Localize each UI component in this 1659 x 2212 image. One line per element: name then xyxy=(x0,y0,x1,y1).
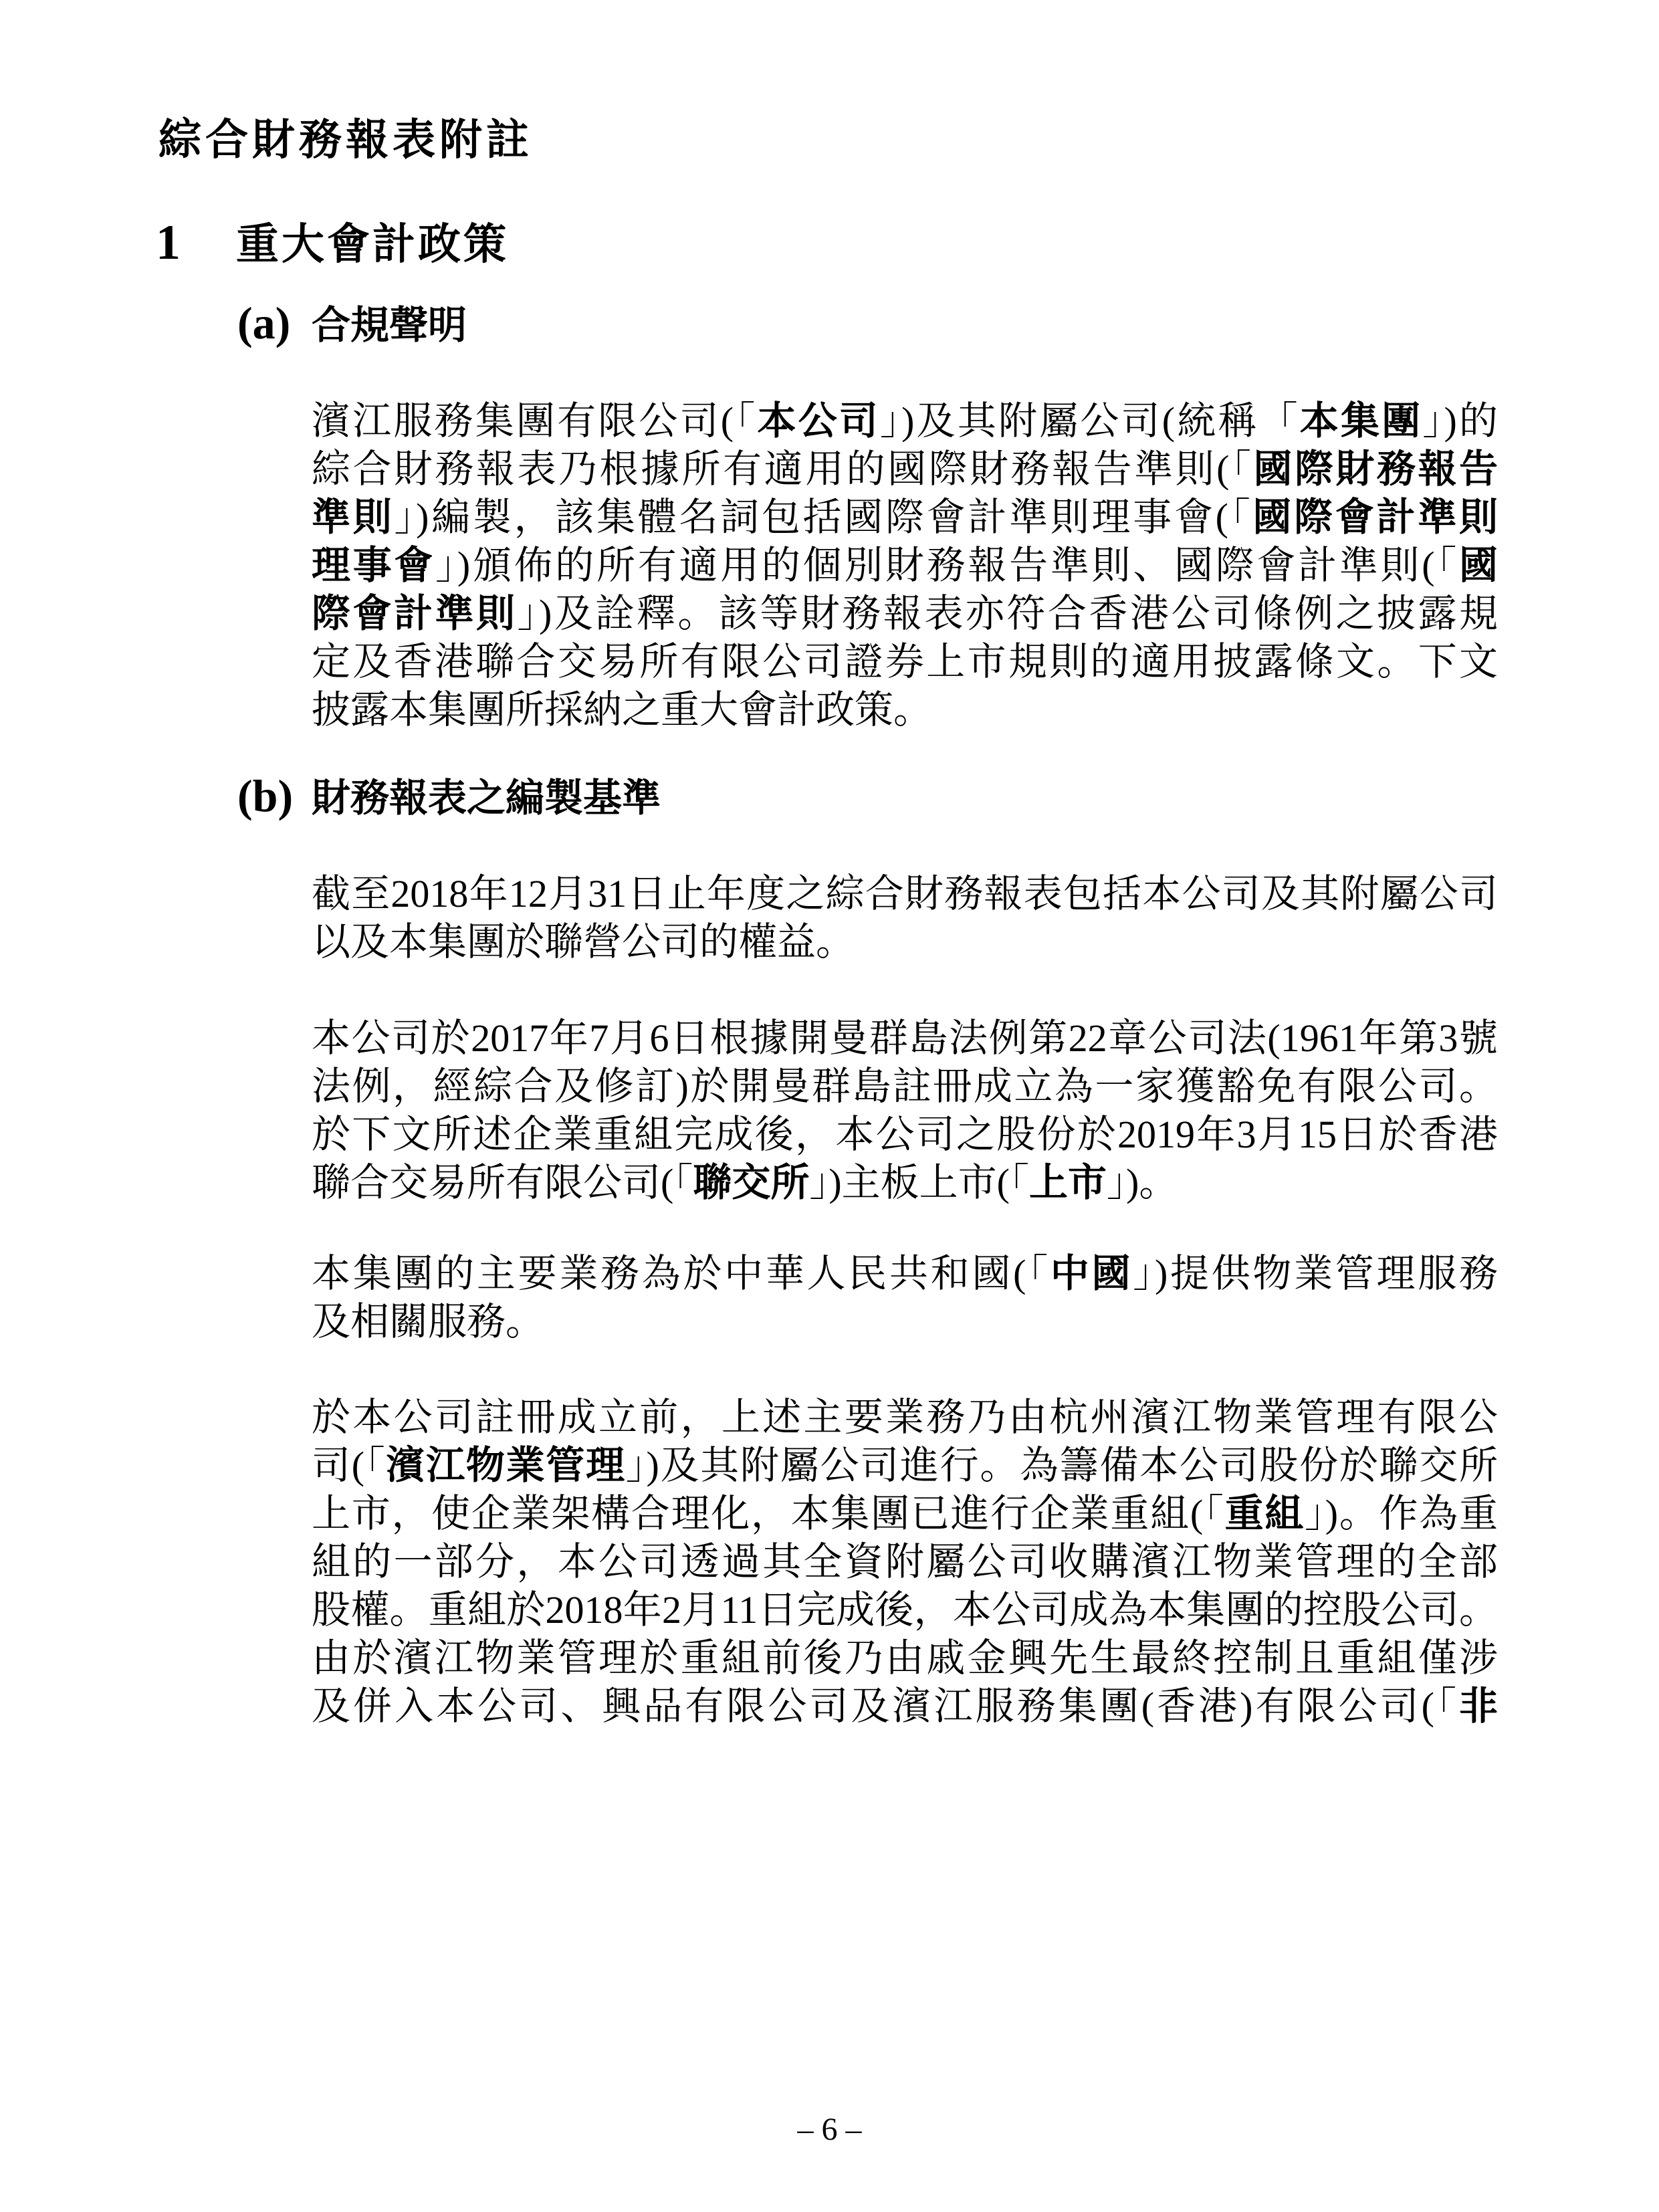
bold-defined-term: 中國 xyxy=(1050,1252,1133,1295)
document-page: 綜合財務報表附註 1重大會計政策 (a)合規聲明 濱江服務集團有限公司(「本公司… xyxy=(0,0,1659,2212)
text-segment: 濱江服務集團有限公司(「 xyxy=(312,399,757,443)
text-line: 上市，使企業架構合理化，本集團已進行企業重組(「重組」)。作為重 xyxy=(312,1490,1498,1538)
subsection-label-b: (b) xyxy=(237,770,312,821)
text-line: 組的一部分，本公司透過其全資附屬公司收購濱江物業管理的全部 xyxy=(312,1538,1498,1586)
text-line: 於下文所述企業重組完成後，本公司之股份於2019年3月15日於香港 xyxy=(312,1111,1498,1159)
text-line: 司(「濱江物業管理」)及其附屬公司進行。為籌備本公司股份於聯交所 xyxy=(312,1442,1498,1490)
bold-defined-term: 國際財務報告 xyxy=(1253,447,1498,491)
subsection-heading-b: (b)財務報表之編製基準 xyxy=(237,770,661,834)
text-line: 本集團的主要業務為於中華人民共和國(「中國」)提供物業管理服務 xyxy=(312,1250,1498,1298)
bold-defined-term: 上市 xyxy=(1029,1161,1107,1204)
text-line: 際會計準則」)及詮釋。該等財務報表亦符合香港公司條例之披露規 xyxy=(312,590,1498,638)
text-segment: 由於濱江物業管理於重組前後乃由戚金興先生最終控制且重組僅涉 xyxy=(312,1636,1498,1680)
text-segment: 聯合交易所有限公司(「 xyxy=(312,1161,693,1204)
text-segment: 」)提供物業管理服務 xyxy=(1133,1252,1498,1295)
text-segment: 」)。 xyxy=(1107,1161,1178,1204)
text-line: 本公司於2017年7月6日根據開曼群島法例第22章公司法(1961年第3號 xyxy=(312,1014,1498,1063)
text-line: 法例，經綜合及修訂)於開曼群島註冊成立為一家獲豁免有限公司。 xyxy=(312,1063,1498,1111)
subsection-title-a: 合規聲明 xyxy=(312,304,467,347)
text-line: 由於濱江物業管理於重組前後乃由戚金興先生最終控制且重組僅涉 xyxy=(312,1634,1498,1682)
text-line: 截至2018年12月31日止年度之綜合財務報表包括本公司及其附屬公司 xyxy=(312,870,1498,918)
text-segment: 上市，使企業架構合理化，本集團已進行企業重組(「 xyxy=(312,1492,1225,1535)
text-segment: 及相關服務。 xyxy=(312,1300,544,1343)
bold-defined-term: 理事會 xyxy=(312,544,435,587)
text-segment: 本公司於2017年7月6日根據開曼群島法例第22章公司法(1961年第3號 xyxy=(312,1016,1498,1060)
bold-defined-term: 本公司 xyxy=(757,399,880,443)
text-segment: 」)。作為重 xyxy=(1305,1492,1498,1535)
subsection-heading-a: (a)合規聲明 xyxy=(237,298,467,361)
text-segment: 」)的 xyxy=(1422,399,1498,443)
text-line: 於本公司註冊成立前，上述主要業務乃由杭州濱江物業管理有限公 xyxy=(312,1394,1498,1442)
section-number: 1 xyxy=(156,216,236,269)
bold-defined-term: 國際會計準則 xyxy=(1252,495,1498,539)
paragraph-compliance-statement: 濱江服務集團有限公司(「本公司」)及其附屬公司(統稱「本集團」)的綜合財務報表乃… xyxy=(312,397,1498,734)
text-segment: 及併入本公司、興品有限公司及濱江服務集團(香港)有限公司(「 xyxy=(312,1684,1459,1728)
text-segment: 法例，經綜合及修訂)於開曼群島註冊成立為一家獲豁免有限公司。 xyxy=(312,1065,1498,1108)
bold-defined-term: 國 xyxy=(1459,544,1498,587)
text-segment: 」)頒佈的所有適用的個別財務報告準則、國際會計準則(「 xyxy=(435,544,1459,587)
paragraph-basis-of-preparation-3: 本集團的主要業務為於中華人民共和國(「中國」)提供物業管理服務及相關服務。 xyxy=(312,1250,1498,1346)
text-segment: 」)及其附屬公司(統稱「 xyxy=(880,399,1300,443)
text-segment: 」)及詮釋。該等財務報表亦符合香港公司條例之披露規 xyxy=(518,592,1498,635)
text-segment: 定及香港聯合交易所有限公司證券上市規則的適用披露條文。下文 xyxy=(312,640,1498,683)
text-segment: 司(「 xyxy=(312,1444,386,1487)
text-segment: 於本公司註冊成立前，上述主要業務乃由杭州濱江物業管理有限公 xyxy=(312,1396,1498,1439)
text-line: 定及香港聯合交易所有限公司證券上市規則的適用披露條文。下文 xyxy=(312,638,1498,686)
text-line: 聯合交易所有限公司(「聯交所」)主板上市(「上市」)。 xyxy=(312,1159,1498,1207)
text-segment: 組的一部分，本公司透過其全資附屬公司收購濱江物業管理的全部 xyxy=(312,1540,1498,1583)
subsection-title-b: 財務報表之編製基準 xyxy=(312,776,661,820)
text-segment: 」)編製，該集體名詞包括國際會計準則理事會(「 xyxy=(394,495,1252,539)
bold-defined-term: 本集團 xyxy=(1300,399,1423,443)
text-line: 準則」)編製，該集體名詞包括國際會計準則理事會(「國際會計準則 xyxy=(312,493,1498,542)
bold-defined-term: 際會計準則 xyxy=(312,592,518,635)
bold-defined-term: 濱江物業管理 xyxy=(386,1444,625,1487)
text-segment: 綜合財務報表乃根據所有適用的國際財務報告準則(「 xyxy=(312,447,1253,491)
text-segment: 截至2018年12月31日止年度之綜合財務報表包括本公司及其附屬公司 xyxy=(312,872,1498,915)
bold-defined-term: 聯交所 xyxy=(693,1161,809,1204)
paragraph-basis-of-preparation-2: 本公司於2017年7月6日根據開曼群島法例第22章公司法(1961年第3號法例，… xyxy=(312,1014,1498,1207)
text-line: 及相關服務。 xyxy=(312,1298,1498,1346)
bold-defined-term: 非 xyxy=(1459,1684,1498,1728)
section-heading: 1重大會計政策 xyxy=(156,216,509,283)
text-line: 及併入本公司、興品有限公司及濱江服務集團(香港)有限公司(「非 xyxy=(312,1682,1498,1731)
text-segment: 披露本集團所採納之重大會計政策。 xyxy=(312,688,932,732)
text-segment: 於下文所述企業重組完成後，本公司之股份於2019年3月15日於香港 xyxy=(312,1113,1498,1156)
text-line: 以及本集團於聯營公司的權益。 xyxy=(312,918,1498,966)
subsection-label-a: (a) xyxy=(237,298,312,348)
text-line: 綜合財務報表乃根據所有適用的國際財務報告準則(「國際財務報告 xyxy=(312,445,1498,493)
paragraph-basis-of-preparation-1: 截至2018年12月31日止年度之綜合財務報表包括本公司及其附屬公司以及本集團於… xyxy=(312,870,1498,966)
page-title: 綜合財務報表附註 xyxy=(158,113,533,167)
page-number: – 6 – xyxy=(0,2110,1659,2150)
text-line: 披露本集團所採納之重大會計政策。 xyxy=(312,686,1498,734)
section-title: 重大會計政策 xyxy=(236,220,509,268)
text-segment: 股權。重組於2018年2月11日完成後，本公司成為本集團的控股公司。 xyxy=(312,1588,1498,1632)
text-segment: 以及本集團於聯營公司的權益。 xyxy=(312,920,855,964)
bold-defined-term: 準則 xyxy=(312,495,394,539)
paragraph-basis-of-preparation-4: 於本公司註冊成立前，上述主要業務乃由杭州濱江物業管理有限公司(「濱江物業管理」)… xyxy=(312,1394,1498,1731)
text-segment: 」)主板上市(「 xyxy=(809,1161,1029,1204)
text-line: 股權。重組於2018年2月11日完成後，本公司成為本集團的控股公司。 xyxy=(312,1586,1498,1634)
text-line: 濱江服務集團有限公司(「本公司」)及其附屬公司(統稱「本集團」)的 xyxy=(312,397,1498,445)
bold-defined-term: 重組 xyxy=(1225,1492,1305,1535)
text-line: 理事會」)頒佈的所有適用的個別財務報告準則、國際會計準則(「國 xyxy=(312,542,1498,590)
text-segment: 」)及其附屬公司進行。為籌備本公司股份於聯交所 xyxy=(626,1444,1498,1487)
text-segment: 本集團的主要業務為於中華人民共和國(「 xyxy=(312,1252,1050,1295)
